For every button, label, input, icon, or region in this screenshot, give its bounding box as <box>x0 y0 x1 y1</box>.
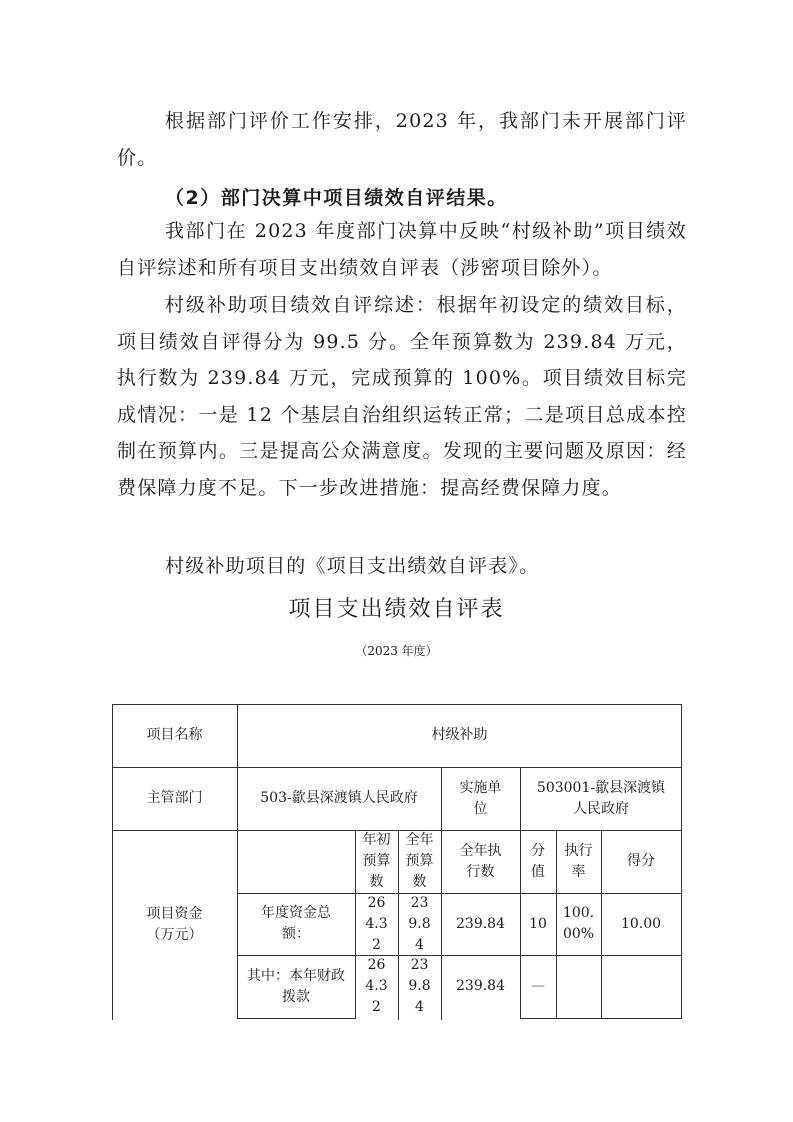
project-name-label: 项目名称 <box>112 704 237 767</box>
row-initial-budget: 264.32 <box>355 955 398 1018</box>
dept-label: 主管部门 <box>112 767 237 830</box>
row-annual-exec: 239.84 <box>441 955 520 1018</box>
row-exec-rate: 100.00% <box>556 893 601 955</box>
impl-unit-label: 实施单位 <box>441 767 520 830</box>
row-score <box>601 955 681 1018</box>
impl-unit-value: 503001-歙县深渡镇人民政府 <box>520 767 682 830</box>
header-score: 得分 <box>601 830 681 893</box>
funds-label: 项目资金（万元） <box>112 830 237 1019</box>
row-annual-exec: 239.84 <box>441 893 520 955</box>
paragraph-table-reference: 村级补助项目的《项目支出绩效自评表》。 <box>117 548 687 585</box>
paragraph-evaluation-arrangement: 根据部门评价工作安排，2023 年，我部门未开展部门评价。 <box>117 103 687 176</box>
paragraph-self-evaluation-intro: 我部门在 2023 年度部门决算中反映“村级补助”项目绩效自评综述和所有项目支出… <box>117 213 687 286</box>
row-weight: — <box>520 955 556 1018</box>
row-annual-budget: 239.84 <box>398 893 441 955</box>
table-subtitle: （2023 年度） <box>0 642 793 659</box>
table-title: 项目支出绩效自评表 <box>0 592 793 623</box>
row-initial-budget: 264.32 <box>355 893 398 955</box>
header-annual-exec: 全年执行数 <box>441 830 520 893</box>
header-weight: 分值 <box>520 830 556 893</box>
row-label: 年度资金总额： <box>237 893 355 955</box>
header-exec-rate: 执行率 <box>556 830 601 893</box>
row-annual-budget: 239.84 <box>398 955 441 1018</box>
header-initial-budget: 年初预算数 <box>355 830 398 893</box>
row-label: 其中：本年财政拨款 <box>237 955 355 1018</box>
project-name-value: 村级补助 <box>237 704 682 767</box>
section-heading: （2）部门决算中项目绩效自评结果。 <box>165 183 508 210</box>
dept-value: 503-歙县深渡镇人民政府 <box>237 767 441 830</box>
paragraph-self-evaluation-summary: 村级补助项目绩效自评综述：根据年初设定的绩效目标，项目绩效自评得分为 99.5 … <box>117 287 687 507</box>
header-annual-budget: 全年预算数 <box>398 830 441 893</box>
row-exec-rate <box>556 955 601 1018</box>
row-score: 10.00 <box>601 893 681 955</box>
row-weight: 10 <box>520 893 556 955</box>
